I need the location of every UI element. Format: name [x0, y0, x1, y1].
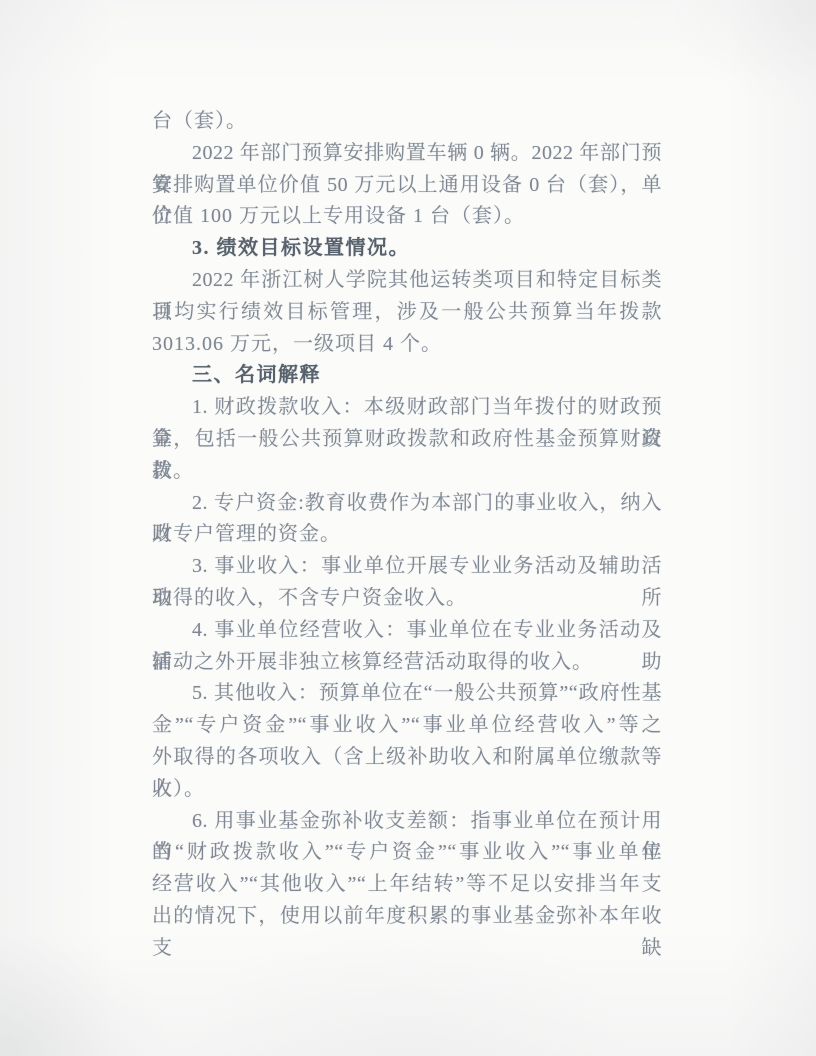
- scanned-document-page: 台（套）。2022 年部门预算安排购置车辆 0 辆。2022 年部门预算安排购置…: [0, 0, 816, 1056]
- text-line: 3013.06 万元，一级项目 4 个。: [152, 329, 662, 361]
- text-line: 外取得的各项收入（含上级补助收入和附属单位缴款等收: [152, 742, 662, 774]
- text-line: 目均实行绩效目标管理，涉及一般公共预算当年拨款: [152, 297, 662, 329]
- text-line: 安排购置单位价值 50 万元以上通用设备 0 台（套），单位: [152, 170, 662, 202]
- text-line: 出的情况下，使用以前年度积累的事业基金弥补本年收支缺: [152, 901, 662, 933]
- text-line: 2022 年浙江树人学院其他运转类项目和特定目标类项: [152, 265, 662, 297]
- text-line: 经营收入”“其他收入”“上年结转”等不足以安排当年支: [152, 869, 662, 901]
- text-line: 金，包括一般公共预算财政拨款和政府性基金预算财政拨: [152, 424, 662, 456]
- text-line: 活动之外开展非独立核算经营活动取得的收入。: [152, 647, 662, 679]
- text-line: 政专户管理的资金。: [152, 519, 662, 551]
- text-line: 款。: [152, 456, 662, 488]
- text-line: 6. 用事业基金弥补收支差额：指事业单位在预计用当年: [152, 806, 662, 838]
- text-line: 5. 其他收入：预算单位在“一般公共预算”“政府性基: [152, 678, 662, 710]
- text-line: 2. 专户资金:教育收费作为本部门的事业收入，纳入财: [152, 488, 662, 520]
- heading-line: 3. 绩效目标设置情况。: [152, 233, 662, 265]
- text-line: 台（套）。: [152, 106, 662, 138]
- text-line: 入）。: [152, 774, 662, 806]
- text-line: 价值 100 万元以上专用设备 1 台（套）。: [152, 201, 662, 233]
- text-line: 4. 事业单位经营收入：事业单位在专业业务活动及辅助: [152, 615, 662, 647]
- text-line: 2022 年部门预算安排购置车辆 0 辆。2022 年部门预算: [152, 138, 662, 170]
- text-line: 金”“专户资金”“事业收入”“事业单位经营收入”等之: [152, 710, 662, 742]
- text-line: 的“财政拨款收入”“专户资金”“事业收入”“事业单位: [152, 837, 662, 869]
- document-body: 台（套）。2022 年部门预算安排购置车辆 0 辆。2022 年部门预算安排购置…: [152, 106, 662, 933]
- text-line: 1. 财政拨款收入：本级财政部门当年拨付的财政预算资: [152, 392, 662, 424]
- heading-line: 三、名词解释: [152, 360, 662, 392]
- text-line: 3. 事业收入：事业单位开展专业业务活动及辅助活动所: [152, 551, 662, 583]
